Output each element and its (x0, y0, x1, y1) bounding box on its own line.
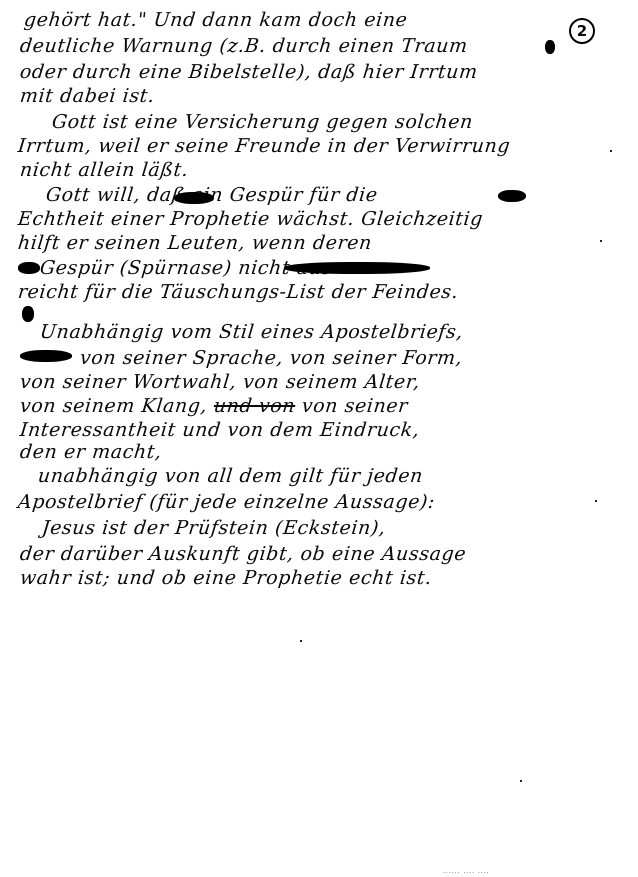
text-line-13: Unabhängig vom Stil eines Apostelbriefs, (39, 320, 465, 344)
scribbled-out-word (498, 190, 526, 202)
text-line-5: Gott ist eine Versicherung gegen solchen (51, 110, 475, 134)
text-line-6: Irrtum, weil er seine Freunde in der Ver… (17, 134, 512, 158)
text-line-20: Apostelbrief (für jede einzelne Aussage)… (17, 490, 437, 514)
scanner-footer-mark: ...... .... .... (443, 868, 490, 875)
text-line-15: von seiner Wortwahl, von seinem Alter, (19, 370, 422, 394)
scan-speck (520, 780, 522, 782)
text-line-19: unabhängig von all dem gilt für jeden (37, 464, 425, 488)
text-line-18: den er macht, (19, 440, 163, 464)
text-line-2: deutliche Warnung (z.B. durch einen Trau… (19, 34, 469, 58)
ink-blot (545, 40, 555, 54)
text-line-9: Echtheit einer Prophetie wächst. Gleichz… (17, 207, 485, 231)
text-line-3: oder durch eine Bibelstelle), daß hier I… (19, 60, 479, 84)
ink-blot (22, 306, 34, 322)
text-line-1: gehört hat." Und dann kam doch eine (23, 8, 409, 32)
text-line-4: mit dabei ist. (19, 84, 156, 108)
scribbled-out-word (174, 192, 214, 204)
scribbled-out-word (18, 262, 40, 274)
scribbled-out-word (284, 262, 430, 274)
page-number-circle: 2 (569, 18, 595, 44)
scan-speck (600, 240, 602, 242)
scan-speck (300, 640, 302, 642)
struck-text: und von (213, 395, 297, 417)
scribbled-out-word (20, 350, 72, 362)
scanned-handwritten-page: 2 gehört hat." Und dann kam doch eine de… (0, 0, 638, 877)
text-line-10: hilft er seinen Leuten, wenn deren (17, 231, 374, 255)
text-line-21: Jesus ist der Prüfstein (Eckstein), (41, 516, 387, 540)
text-line-17: Interessantheit und von dem Eindruck, (19, 418, 421, 442)
text-line-14: von seiner Sprache, von seiner Form, (79, 346, 464, 370)
scan-speck (610, 150, 612, 152)
text-line-23: wahr ist; und ob eine Prophetie echt ist… (19, 566, 433, 590)
text-line-12: reicht für die Täuschungs-List der Feind… (17, 280, 460, 304)
text-line-16: von seinem Klang, und von von seiner (19, 394, 409, 418)
text-line-7: nicht allein läßt. (19, 158, 190, 182)
text-line-22: der darüber Auskunft gibt, ob eine Aussa… (19, 542, 468, 566)
scan-speck (595, 500, 597, 502)
